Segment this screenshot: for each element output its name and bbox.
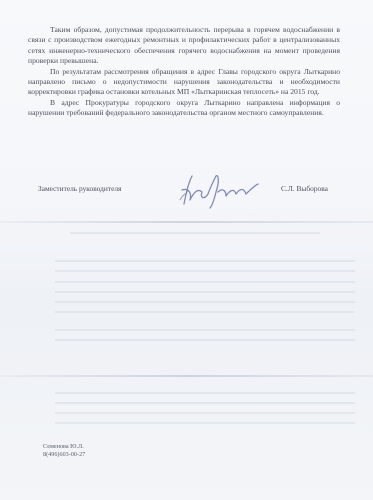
show-through-text	[55, 339, 355, 341]
executor-name: Семенова Ю.Л.	[43, 443, 85, 451]
paragraph-prosecutor-info: В адрес Прокуратуры городского округа Лы…	[28, 98, 340, 119]
show-through-text	[55, 402, 355, 404]
show-through-text	[55, 329, 355, 331]
document-page: Таким образом, допустимая продолжительно…	[0, 0, 373, 500]
paper-fold-line	[0, 375, 373, 377]
executor-info: Семенова Ю.Л. 8(496)603-00-27	[43, 443, 85, 459]
show-through-text	[55, 260, 355, 262]
paragraph-conclusion: Таким образом, допустимая продолжительно…	[28, 25, 340, 67]
show-through-text	[55, 412, 355, 414]
show-through-text	[55, 301, 355, 303]
show-through-text	[55, 392, 355, 394]
handwritten-signature-icon	[176, 170, 266, 210]
show-through-text	[55, 422, 355, 424]
signatory-name: С.Л. Выборова	[281, 184, 328, 193]
letter-body: Таким образом, допустимая продолжительно…	[28, 25, 340, 119]
paragraph-letter-to-head: По результатам рассмотрения обращения в …	[28, 67, 340, 98]
signature-block: Заместитель руководителя С.Л. Выборова	[38, 176, 348, 206]
position-title: Заместитель руководителя	[38, 184, 121, 193]
show-through-text	[70, 232, 320, 234]
show-through-text	[55, 281, 355, 283]
executor-phone: 8(496)603-00-27	[43, 451, 85, 459]
show-through-text	[55, 270, 355, 272]
show-through-text	[55, 291, 355, 293]
show-through-text	[55, 311, 355, 313]
paper-fold-line	[0, 221, 373, 223]
